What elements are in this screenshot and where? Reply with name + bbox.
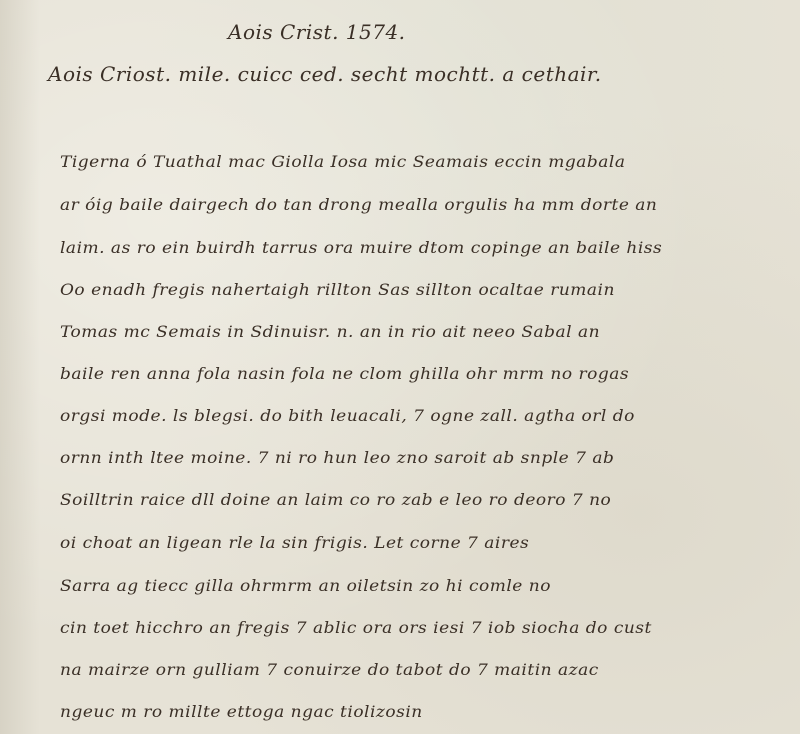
text-line: cin toet hicchro an fregis 7 ablic ora o… (60, 619, 652, 638)
year-heading-full: Aois Criost. mile. cuicc ced. secht moch… (48, 62, 602, 86)
text-line: laim. as ro ein buirdh tarrus ora muire … (60, 239, 662, 258)
year-heading: Aois Crist. 1574. (228, 20, 406, 44)
text-line: na mairze orn gulliam 7 conuirze do tabo… (60, 661, 599, 680)
text-line: Tomas mc Semais in Sdinuisr. n. an in ri… (60, 323, 600, 342)
text-line: ngeuc m ro millte ettoga ngac tiolizosin (60, 703, 423, 722)
text-line: Oo enadh fregis nahertaigh rillton Sas s… (60, 281, 615, 300)
text-line: ar óig baile dairgech do tan drong meall… (60, 196, 657, 215)
text-line: oi choat an ligean rle la sin frigis. Le… (60, 534, 529, 553)
text-line: ornn inth ltee moine. 7 ni ro hun leo zn… (60, 449, 614, 468)
text-line: Sarra ag tiecc gilla ohrmrm an oiletsin … (60, 577, 551, 596)
text-line: baile ren anna fola nasin fola ne clom g… (60, 365, 629, 384)
manuscript-page: Aois Crist. 1574. Aois Criost. mile. cui… (0, 0, 800, 734)
page-edge-shadow (0, 0, 40, 734)
text-line: Soilltrin raice dll doine an laim co ro … (60, 491, 611, 510)
text-line: Tigerna ó Tuathal mac Giolla Iosa mic Se… (60, 153, 625, 172)
text-line: orgsi mode. ls blegsi. do bith leuacali,… (60, 407, 635, 426)
